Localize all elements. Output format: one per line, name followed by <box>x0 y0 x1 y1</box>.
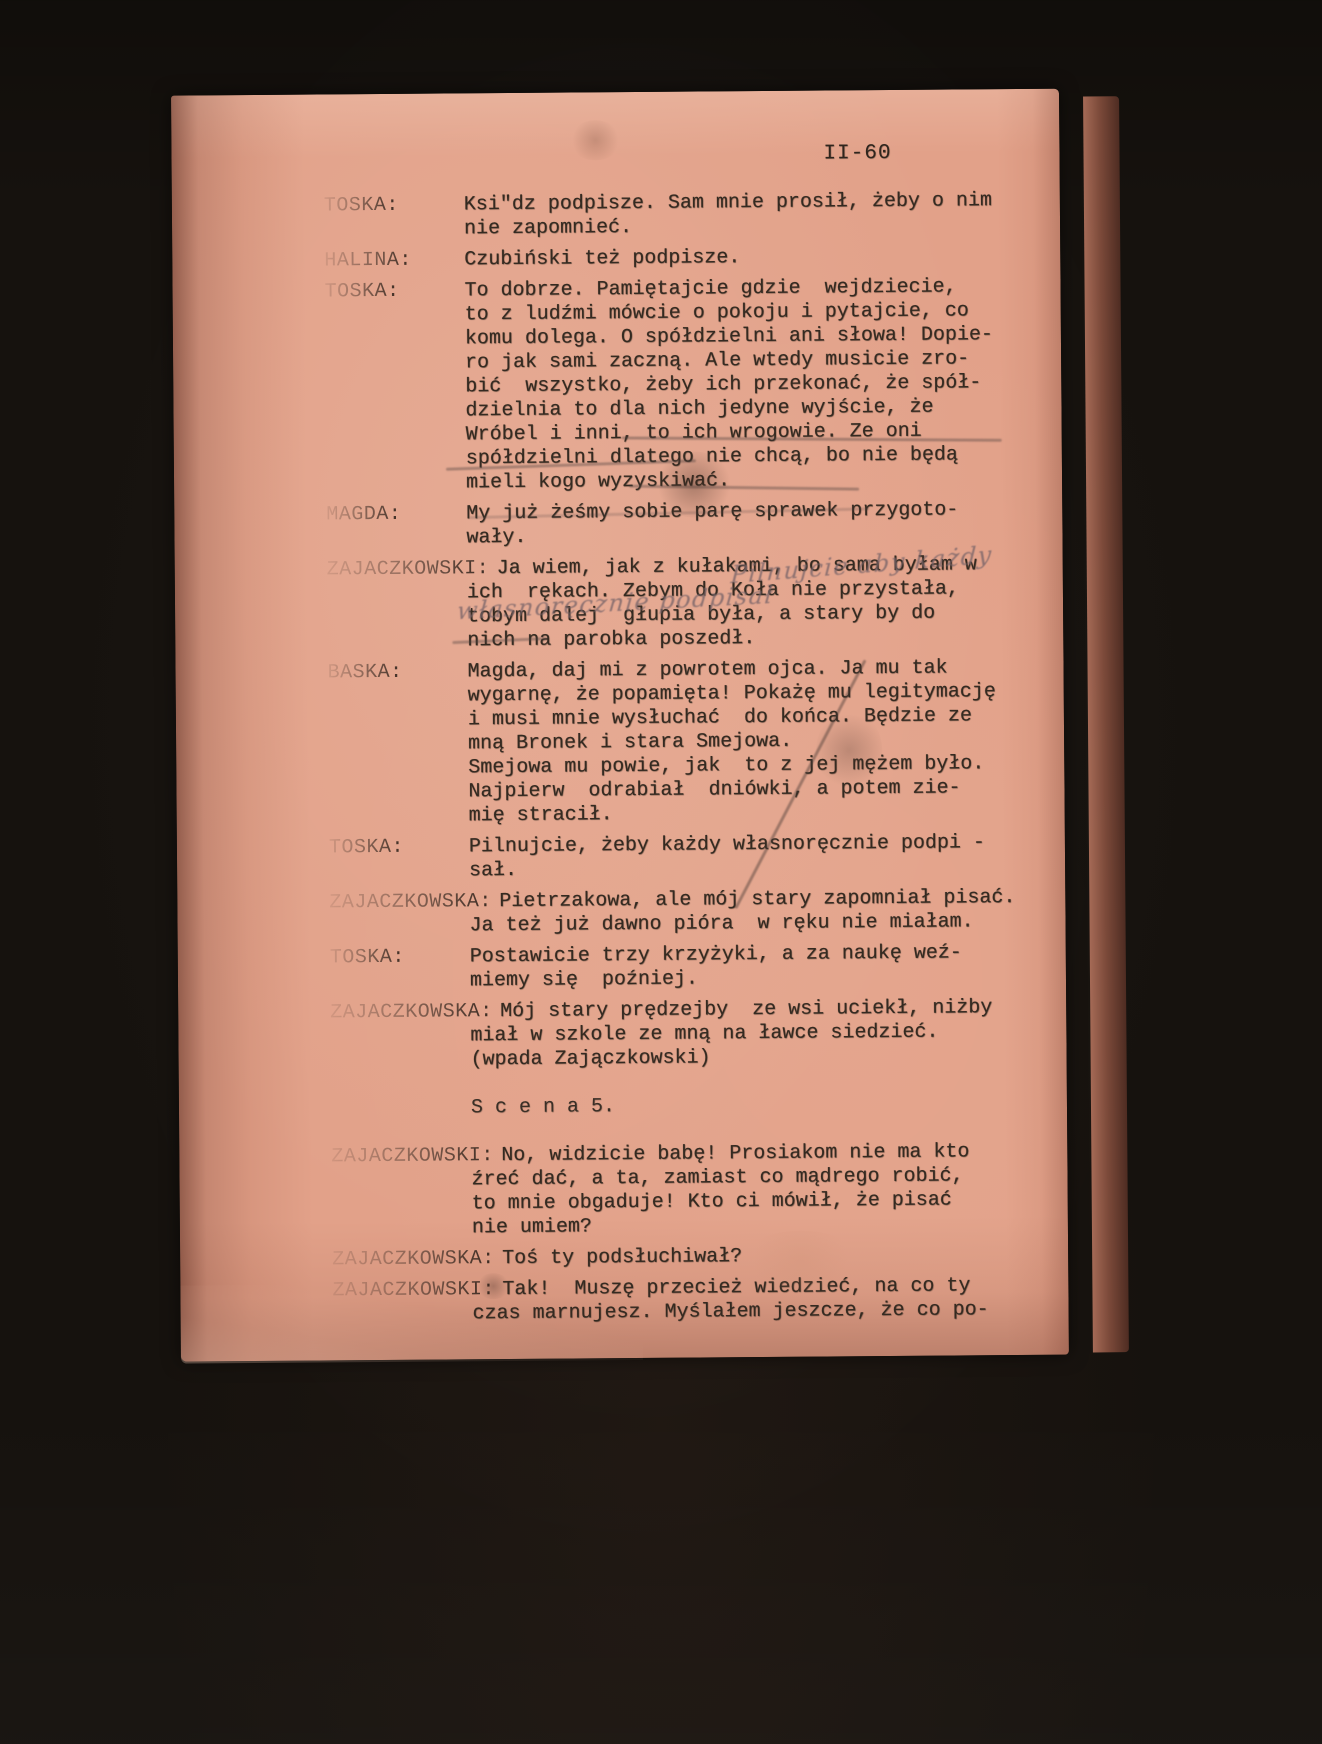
script-entry: TOSKA:Pilnujcie, żeby każdy własnoręczni… <box>177 831 1065 886</box>
speaker-label: TOSKA: <box>324 280 399 305</box>
speaker-label: BASKA: <box>327 661 402 686</box>
speaker-label: ZAJACZKOWSKA: <box>329 890 492 915</box>
page-number: II-60 <box>823 142 891 166</box>
script-entry: TOSKA:Postawicie trzy krzyżyki, a za nau… <box>178 941 1066 996</box>
script-entry: ZAJACZKOWSKI:No, widzicie babę! Prosiako… <box>179 1140 1068 1243</box>
script-flow: TOSKA:Ksi"dz podpisze. Sam mnie prosił, … <box>172 189 1069 1336</box>
dialogue-text: Toś ty podsłuchiwał? <box>472 1243 1032 1271</box>
speaker-label: ZAJACZKOWSKI: <box>332 1278 495 1303</box>
dialogue-text: No, widzicie babę! Prosiakom nie ma kto … <box>471 1140 1032 1240</box>
speaker-label: MAGDA: <box>326 503 401 528</box>
script-entry: TOSKA:To dobrze. Pamiętajcie gdzie wejdz… <box>172 275 1062 498</box>
speaker-label: HALINA: <box>324 249 412 274</box>
dialogue-text: Magda, daj mi z powrotem ojca. Ja mu tak… <box>467 656 1028 828</box>
dialogue-text: My już żeśmy sobie parę sprawek przygoto… <box>466 498 1026 550</box>
dialogue-text: Mój stary prędzejby ze wsi uciekł, niżby… <box>470 996 1031 1072</box>
script-entry: BASKA:Magda, daj mi z powrotem ojca. Ja … <box>175 656 1064 831</box>
speaker-label: ZAJACZKOWSKI: <box>331 1144 494 1169</box>
speaker-label: ZAJACZKOWSKA: <box>330 1000 493 1025</box>
dialogue-text: Tak! Muszę przecież wiedzieć, na co ty c… <box>472 1274 1032 1326</box>
scene-heading: S c e n a 5. <box>471 1092 1067 1121</box>
speaker-label: ZAJACZKOWSKA: <box>332 1247 495 1272</box>
paper-stain <box>569 120 621 160</box>
script-entry: TOSKA:Ksi"dz podpisze. Sam mnie prosił, … <box>172 189 1060 244</box>
script-entry: MAGDA:My już żeśmy sobie parę sprawek pr… <box>174 498 1062 553</box>
speaker-label: TOSKA: <box>330 946 405 971</box>
scanned-page-wrapper: II-60 TOSKA:Ksi"dz podpisze. Sam mnie pr… <box>171 88 1103 1367</box>
script-entry: HALINA:Czubiński też podpisze. <box>172 244 1060 275</box>
dialogue-text: Postawicie trzy krzyżyki, a za naukę weź… <box>470 941 1030 993</box>
speaker-label: ZAJACZKOWSKI: <box>327 557 490 582</box>
page-stack-edge <box>1083 96 1129 1352</box>
speaker-label: TOSKA: <box>324 194 399 219</box>
dialogue-text: To dobrze. Pamiętajcie gdzie wejdziecie,… <box>464 275 1026 495</box>
script-entry: ZAJACZKOWSKA:Mój stary prędzejby ze wsi … <box>178 996 1067 1075</box>
dialogue-text: Ksi"dz podpisze. Sam mnie prosił, żeby o… <box>464 189 1024 241</box>
script-entry: ZAJACZKOWSKA:Toś ty podsłuchiwał? <box>180 1243 1068 1274</box>
dialogue-text: Czubiński też podpisze. <box>464 244 1024 272</box>
dialogue-text: Pilnujcie, żeby każdy własnoręcznie podp… <box>469 831 1029 883</box>
script-page: II-60 TOSKA:Ksi"dz podpisze. Sam mnie pr… <box>171 89 1069 1362</box>
speaker-label: TOSKA: <box>329 836 404 861</box>
script-entry: ZAJACZKOWSKA:Pietrzakowa, ale mój stary … <box>177 886 1065 941</box>
script-entry: ZAJACZKOWSKI:Tak! Muszę przecież wiedzie… <box>180 1274 1068 1329</box>
dialogue-text: Pietrzakowa, ale mój stary zapomniał pis… <box>469 886 1029 938</box>
